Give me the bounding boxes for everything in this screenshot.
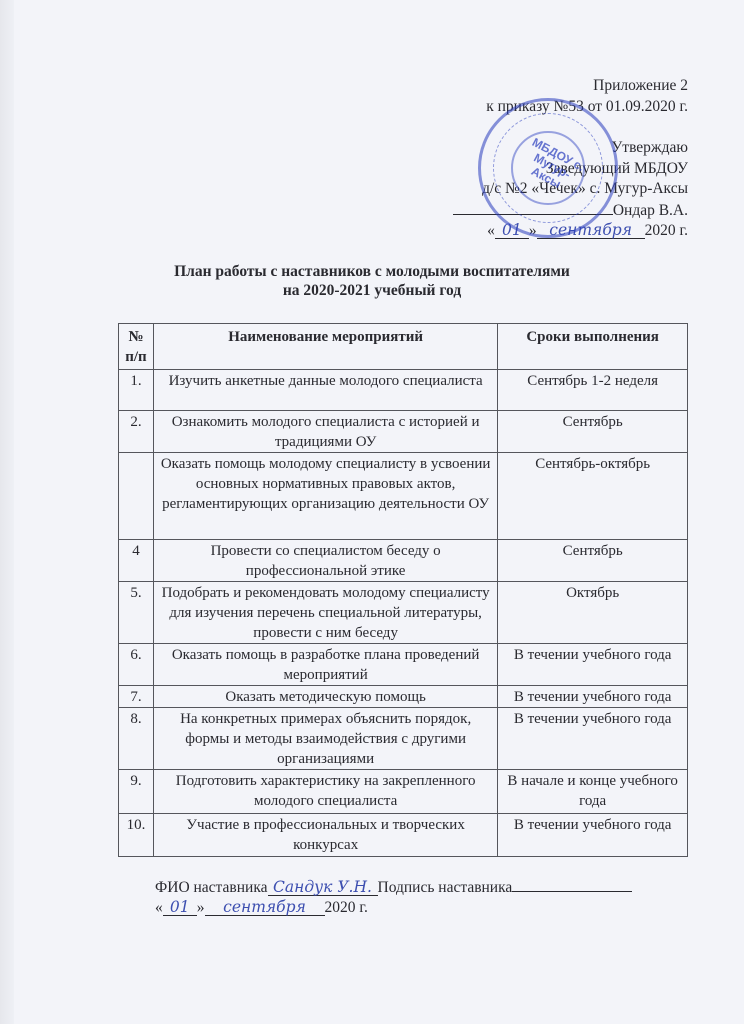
mentor-name: Сандук У.Н. xyxy=(268,879,378,896)
appendix-label: Приложение 2 xyxy=(453,76,688,97)
approval-block: Приложение 2 к приказу №53 от 01.09.2020… xyxy=(453,76,688,242)
row-activity: Подобрать и рекомендовать молодому специ… xyxy=(153,582,497,644)
table-row: Оказать помощь молодому специалисту в ус… xyxy=(119,453,688,540)
approval-date: «01»сентября2020 г. xyxy=(453,221,688,242)
approve-label: Утверждаю xyxy=(453,138,688,159)
mentor-line: ФИО наставникаСандук У.Н.Подпись наставн… xyxy=(155,878,632,898)
row-number: 2. xyxy=(119,411,154,453)
mentor-date-month: сентября xyxy=(205,899,325,916)
document-title: План работы с наставников с молодыми вос… xyxy=(0,262,744,300)
header-number: № п/п xyxy=(119,324,154,370)
row-activity: Оказать помощь в разработке плана провед… xyxy=(153,644,497,686)
row-number: 6. xyxy=(119,644,154,686)
quote-open: « xyxy=(155,899,163,916)
title-line-2: на 2020-2021 учебный год xyxy=(0,281,744,300)
row-number: 10. xyxy=(119,814,154,857)
row-deadline: В течении учебного года xyxy=(498,814,688,857)
row-deadline: В начале и конце учебного года xyxy=(498,770,688,814)
row-deadline: Сентябрь xyxy=(498,411,688,453)
row-deadline: В течении учебного года xyxy=(498,644,688,686)
row-number: 7. xyxy=(119,686,154,708)
approval-date-year: 2020 г. xyxy=(645,222,688,239)
row-activity: Подготовить характеристику на закрепленн… xyxy=(153,770,497,814)
approval-date-day: 01 xyxy=(495,222,529,239)
quote-close: » xyxy=(197,899,205,916)
table-row: 4Провести со специалистом беседу о профе… xyxy=(119,540,688,582)
table-row: 8.На конкретных примерах объяснить поряд… xyxy=(119,708,688,770)
mentor-label: ФИО наставника xyxy=(155,879,268,896)
quote-close: » xyxy=(529,222,537,239)
row-deadline: Сентябрь xyxy=(498,540,688,582)
row-number: 1. xyxy=(119,370,154,411)
header-deadline: Сроки выполнения xyxy=(498,324,688,370)
approver-position: Заведующий МБДОУ xyxy=(453,159,688,180)
row-activity: Участие в профессиональных и творческих … xyxy=(153,814,497,857)
mentor-date: «01»сентября2020 г. xyxy=(155,898,632,918)
quote-open: « xyxy=(487,222,495,239)
table-row: 10.Участие в профессиональных и творческ… xyxy=(119,814,688,857)
mentor-date-day: 01 xyxy=(163,899,197,916)
row-number: 4 xyxy=(119,540,154,582)
row-deadline: Сентябрь-октябрь xyxy=(498,453,688,540)
row-number: 5. xyxy=(119,582,154,644)
approval-date-month: сентября xyxy=(537,222,645,239)
table-row: 6.Оказать помощь в разработке плана пров… xyxy=(119,644,688,686)
signature-label: Подпись наставника xyxy=(378,879,513,896)
table-header-row: № п/п Наименование мероприятий Сроки вып… xyxy=(119,324,688,370)
row-activity: На конкретных примерах объяснить порядок… xyxy=(153,708,497,770)
signature-underline xyxy=(453,200,613,215)
row-deadline: В течении учебного года xyxy=(498,686,688,708)
row-number xyxy=(119,453,154,540)
row-activity: Ознакомить молодого специалиста с истори… xyxy=(153,411,497,453)
title-line-1: План работы с наставников с молодыми вос… xyxy=(0,262,744,281)
row-deadline: В течении учебного года xyxy=(498,708,688,770)
header-activity: Наименование мероприятий xyxy=(153,324,497,370)
row-activity: Оказать методическую помощь xyxy=(153,686,497,708)
table-row: 7.Оказать методическую помощьВ течении у… xyxy=(119,686,688,708)
row-deadline: Октябрь xyxy=(498,582,688,644)
table-row: 9.Подготовить характеристику на закрепле… xyxy=(119,770,688,814)
table-row: 5.Подобрать и рекомендовать молодому спе… xyxy=(119,582,688,644)
plan-table: № п/п Наименование мероприятий Сроки вып… xyxy=(118,323,688,857)
table-row: 1.Изучить анкетные данные молодого специ… xyxy=(119,370,688,411)
row-activity: Провести со специалистом беседу о профес… xyxy=(153,540,497,582)
row-activity: Оказать помощь молодому специалисту в ус… xyxy=(153,453,497,540)
row-number: 8. xyxy=(119,708,154,770)
approver-signature-line: Ондар В.А. xyxy=(453,200,688,222)
approver-institution: д/с №2 «Чечек» с. Мугур-Аксы xyxy=(453,179,688,200)
mentor-signature-field xyxy=(512,891,632,892)
mentor-footer: ФИО наставникаСандук У.Н.Подпись наставн… xyxy=(155,878,632,918)
row-deadline: Сентябрь 1-2 неделя xyxy=(498,370,688,411)
row-number: 9. xyxy=(119,770,154,814)
scan-edge xyxy=(0,0,14,1024)
row-activity: Изучить анкетные данные молодого специал… xyxy=(153,370,497,411)
order-reference: к приказу №53 от 01.09.2020 г. xyxy=(453,97,688,118)
approver-name: Ондар В.А. xyxy=(613,202,688,219)
table-row: 2.Ознакомить молодого специалиста с исто… xyxy=(119,411,688,453)
mentor-date-year: 2020 г. xyxy=(325,899,368,916)
